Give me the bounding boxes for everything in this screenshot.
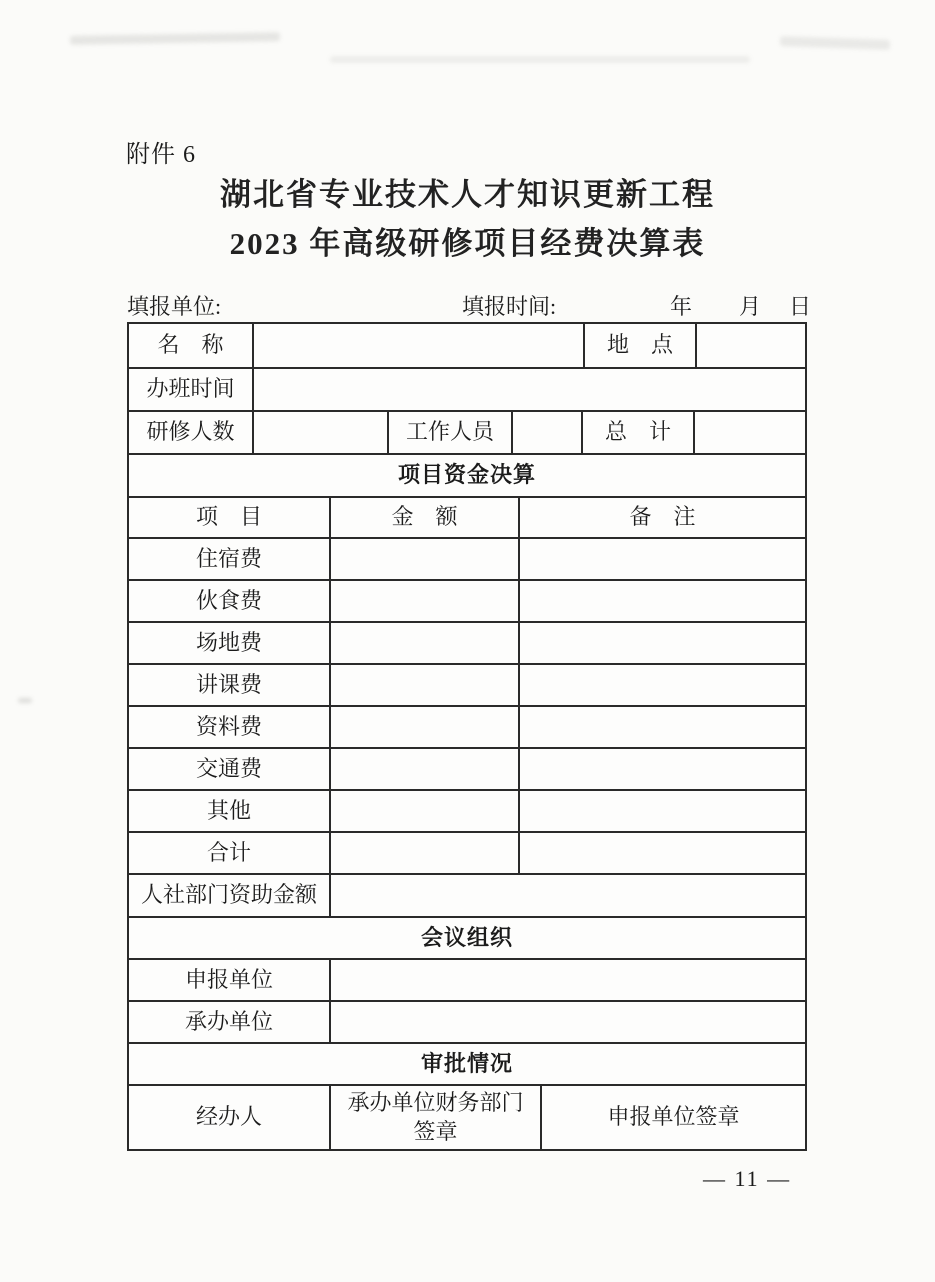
- budget-amount-cell: [331, 581, 520, 621]
- applicant-unit-value-cell: [331, 960, 805, 1000]
- budget-remark-cell: [520, 791, 805, 831]
- subsidy-row: 人社部门资助金额: [129, 875, 805, 918]
- organizer-unit-value-cell: [331, 1002, 805, 1042]
- applicant-unit-label-cell: 申报单位: [129, 960, 331, 1000]
- budget-row: 场地费: [129, 623, 805, 665]
- location-value-cell: [697, 324, 805, 367]
- budget-amount-cell: [331, 791, 520, 831]
- subsidy-value-cell: [331, 875, 805, 916]
- budget-item-label: 住宿费: [129, 539, 331, 579]
- trainee-count-value-cell: [254, 412, 389, 453]
- scan-artifact: [780, 36, 890, 50]
- form-header-row: 填报单位: 填报时间: 年 月 日: [127, 290, 805, 320]
- document-title-line2: 2023 年高级研修项目经费决算表: [0, 218, 935, 263]
- applicant-seal-label-cell: 申报单位签章: [542, 1086, 805, 1149]
- section-title-organization: 会议组织: [129, 918, 805, 958]
- filing-unit-label: 填报单位:: [127, 290, 221, 321]
- budget-row: 住宿费: [129, 539, 805, 581]
- scan-artifact: [18, 698, 32, 703]
- table-row: 名 称 地 点: [129, 324, 805, 369]
- section-title-budget: 项目资金决算: [129, 455, 805, 496]
- scan-artifact: [70, 32, 280, 45]
- finance-seal-label-cell: 承办单位财务部门签章: [331, 1086, 542, 1149]
- budget-item-label: 其他: [129, 791, 331, 831]
- section-row: 项目资金决算: [129, 455, 805, 498]
- section-row: 会议组织: [129, 918, 805, 960]
- form-table: 名 称 地 点 办班时间 研修人数 工作人员 总 计 项目资金决算 项 目 金 …: [127, 322, 807, 1151]
- staff-count-value-cell: [513, 412, 583, 453]
- budget-row: 其他: [129, 791, 805, 833]
- budget-remark-cell: [520, 623, 805, 663]
- approval-row: 经办人 承办单位财务部门签章 申报单位签章: [129, 1086, 805, 1149]
- document-title-line1: 湖北省专业技术人才知识更新工程: [0, 169, 935, 214]
- budget-remark-cell: [520, 539, 805, 579]
- budget-remark-cell: [520, 581, 805, 621]
- budget-item-label: 场地费: [129, 623, 331, 663]
- budget-row: 伙食费: [129, 581, 805, 623]
- table-row: 申报单位: [129, 960, 805, 1002]
- budget-remark-cell: [520, 665, 805, 705]
- budget-remark-cell: [520, 833, 805, 873]
- staff-count-label-cell: 工作人员: [389, 412, 513, 453]
- page-number: — 11 —: [703, 1166, 791, 1192]
- month-label: 月: [739, 290, 761, 321]
- section-title-approval: 审批情况: [129, 1044, 805, 1084]
- budget-row: 讲课费: [129, 665, 805, 707]
- budget-item-label: 资料费: [129, 707, 331, 747]
- budget-amount-cell: [331, 623, 520, 663]
- class-time-label-cell: 办班时间: [129, 369, 254, 410]
- budget-remark-cell: [520, 749, 805, 789]
- budget-amount-cell: [331, 749, 520, 789]
- table-row: 研修人数 工作人员 总 计: [129, 412, 805, 455]
- budget-amount-cell: [331, 707, 520, 747]
- year-label: 年: [670, 290, 692, 321]
- day-label: 日: [789, 290, 811, 321]
- attachment-label: 附件 6: [126, 134, 196, 169]
- budget-amount-cell: [331, 833, 520, 873]
- budget-row: 资料费: [129, 707, 805, 749]
- budget-row: 合计: [129, 833, 805, 875]
- budget-item-label: 伙食费: [129, 581, 331, 621]
- table-row: 承办单位: [129, 1002, 805, 1044]
- budget-col-remark: 备 注: [520, 498, 805, 537]
- budget-amount-cell: [331, 539, 520, 579]
- scanned-document-page: 附件 6 湖北省专业技术人才知识更新工程 2023 年高级研修项目经费决算表 填…: [0, 0, 935, 1282]
- name-value-cell: [254, 324, 585, 367]
- table-row: 办班时间: [129, 369, 805, 412]
- class-time-value-cell: [254, 369, 805, 410]
- budget-header-row: 项 目 金 额 备 注: [129, 498, 805, 539]
- filing-time-label: 填报时间:: [462, 290, 556, 321]
- section-row: 审批情况: [129, 1044, 805, 1086]
- budget-item-label: 交通费: [129, 749, 331, 789]
- budget-row: 交通费: [129, 749, 805, 791]
- subsidy-label-cell: 人社部门资助金额: [129, 875, 331, 916]
- total-count-value-cell: [695, 412, 805, 453]
- location-label-cell: 地 点: [585, 324, 697, 367]
- name-label-cell: 名 称: [129, 324, 254, 367]
- scan-artifact: [330, 56, 750, 63]
- organizer-unit-label-cell: 承办单位: [129, 1002, 331, 1042]
- budget-item-label: 讲课费: [129, 665, 331, 705]
- budget-remark-cell: [520, 707, 805, 747]
- budget-col-item: 项 目: [129, 498, 331, 537]
- agent-label-cell: 经办人: [129, 1086, 331, 1149]
- budget-item-label: 合计: [129, 833, 331, 873]
- total-count-label-cell: 总 计: [583, 412, 695, 453]
- trainee-count-label-cell: 研修人数: [129, 412, 254, 453]
- budget-amount-cell: [331, 665, 520, 705]
- budget-col-amount: 金 额: [331, 498, 520, 537]
